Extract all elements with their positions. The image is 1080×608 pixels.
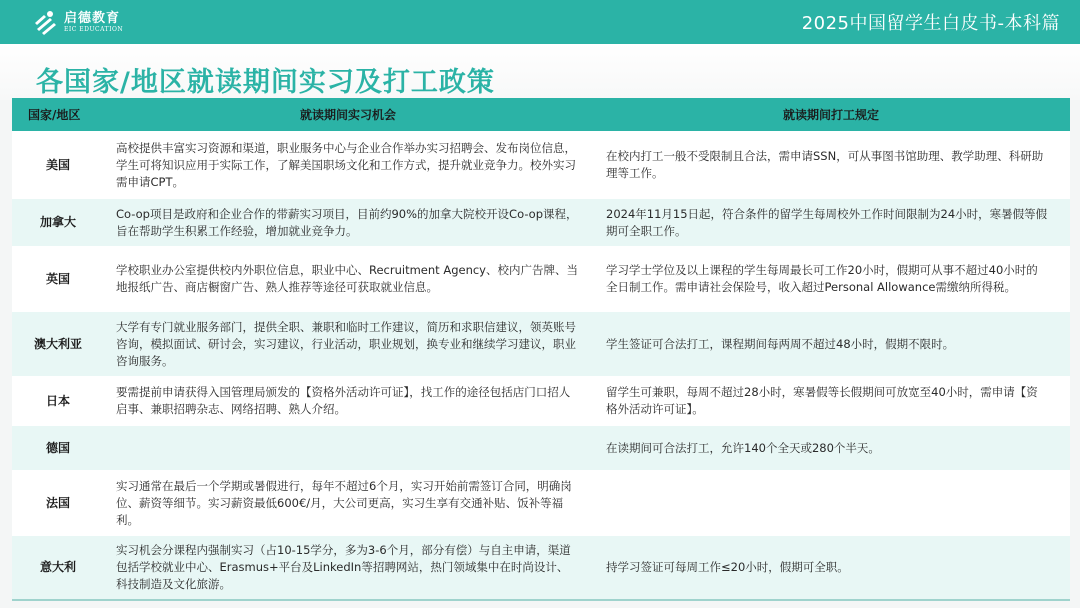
- internship-cell: 实习通常在最后一个学期或暑假进行，每年不超过6个月，实习开始前需签订合同，明确岗…: [104, 470, 592, 536]
- country-cell: 法国: [12, 470, 104, 536]
- table-row: 法国 实习通常在最后一个学期或暑假进行，每年不超过6个月，实习开始前需签订合同，…: [12, 470, 1070, 536]
- work-cell: 学生签证可合法打工，课程期间每两周不超过48小时，假期不限时。: [592, 312, 1070, 376]
- work-cell: 在校内打工一般不受限制且合法，需申请SSN，可从事图书馆助理、教学助理、科研助理…: [592, 131, 1070, 199]
- logo-name-en: EIC EDUCATION: [64, 27, 123, 33]
- report-title: 2025中国留学生白皮书-本科篇: [802, 9, 1060, 35]
- top-banner: 启德教育 EIC EDUCATION 2025中国留学生白皮书-本科篇: [0, 0, 1080, 44]
- brand-logo: 启德教育 EIC EDUCATION: [32, 9, 123, 35]
- table-row: 美国 高校提供丰富实习资源和渠道，职业服务中心与企业合作举办实习招聘会、发布岗位…: [12, 131, 1070, 199]
- eic-logo-icon: [32, 9, 58, 35]
- work-cell: 留学生可兼职，每周不超过28小时，寒暑假等长假期间可放宽至40小时，需申请【资格…: [592, 376, 1070, 426]
- work-cell: 学习学士学位及以上课程的学生每周最长可工作20小时，假期可从事不超过40小时的全…: [592, 246, 1070, 312]
- table-row: 澳大利亚 大学有专门就业服务部门，提供全职、兼职和临时工作建议，简历和求职信建议…: [12, 312, 1070, 376]
- country-cell: 加拿大: [12, 199, 104, 246]
- country-cell: 澳大利亚: [12, 312, 104, 376]
- country-cell: 意大利: [12, 536, 104, 600]
- work-cell: 在读期间可合法打工，允许140个全天或280个半天。: [592, 426, 1070, 470]
- table-row: 日本 要需提前申请获得入国管理局颁发的【资格外活动许可证】，找工作的途径包括店门…: [12, 376, 1070, 426]
- header-work: 就读期间打工规定: [592, 98, 1070, 131]
- work-cell: [592, 470, 1070, 536]
- internship-cell: 高校提供丰富实习资源和渠道，职业服务中心与企业合作举办实习招聘会、发布岗位信息，…: [104, 131, 592, 199]
- page-title: 各国家/地区就读期间实习及打工政策: [36, 60, 495, 99]
- work-cell: 持学习签证可每周工作≤20小时，假期可全职。: [592, 536, 1070, 600]
- country-cell: 英国: [12, 246, 104, 312]
- table-header-row: 国家/地区 就读期间实习机会 就读期间打工规定: [12, 98, 1070, 131]
- country-cell: 日本: [12, 376, 104, 426]
- policy-table: 国家/地区 就读期间实习机会 就读期间打工规定 美国 高校提供丰富实习资源和渠道…: [12, 98, 1070, 601]
- internship-cell: Co-op项目是政府和企业合作的带薪实习项目，目前约90%的加拿大院校开设Co-…: [104, 199, 592, 246]
- internship-cell: [104, 426, 592, 470]
- logo-name-cn: 启德教育: [64, 12, 123, 25]
- header-internship: 就读期间实习机会: [104, 98, 592, 131]
- internship-cell: 学校职业办公室提供校内外职位信息，职业中心、Recruitment Agency…: [104, 246, 592, 312]
- internship-cell: 实习机会分课程内强制实习（占10-15学分，多为3-6个月，部分有偿）与自主申请…: [104, 536, 592, 600]
- work-cell: 2024年11月15日起，符合条件的留学生每周校外工作时间限制为24小时，寒暑假…: [592, 199, 1070, 246]
- country-cell: 德国: [12, 426, 104, 470]
- table-row: 德国 在读期间可合法打工，允许140个全天或280个半天。: [12, 426, 1070, 470]
- internship-cell: 大学有专门就业服务部门，提供全职、兼职和临时工作建议，简历和求职信建议，领英账号…: [104, 312, 592, 376]
- table-row: 英国 学校职业办公室提供校内外职位信息，职业中心、Recruitment Age…: [12, 246, 1070, 312]
- country-cell: 美国: [12, 131, 104, 199]
- header-country: 国家/地区: [12, 98, 104, 131]
- table-row: 加拿大 Co-op项目是政府和企业合作的带薪实习项目，目前约90%的加拿大院校开…: [12, 199, 1070, 246]
- internship-cell: 要需提前申请获得入国管理局颁发的【资格外活动许可证】，找工作的途径包括店门口招人…: [104, 376, 592, 426]
- table-row: 意大利 实习机会分课程内强制实习（占10-15学分，多为3-6个月，部分有偿）与…: [12, 536, 1070, 600]
